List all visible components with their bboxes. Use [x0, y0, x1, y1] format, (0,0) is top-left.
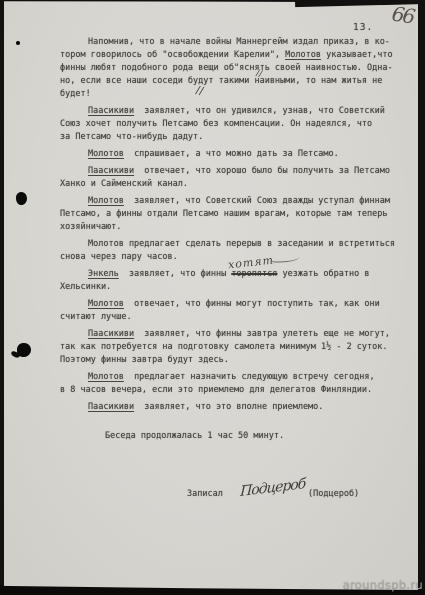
speaker-name: Молотов: [88, 299, 124, 309]
paragraph: Напомнив, что в начале войны Маннергейм …: [60, 36, 410, 101]
text-line: Хельсинки.: [60, 281, 410, 294]
text-segment: Союз хочет получить Петсамо без компенса…: [60, 119, 372, 129]
text-segment: заявляет, что финны завтра улететь еще н…: [134, 329, 390, 339]
scan-edge-right: [418, 0, 425, 595]
speaker-name: Паасикиви: [88, 166, 134, 176]
text-segment: указывает,что: [321, 50, 393, 60]
document-body: Напомнив, что в начале войны Маннергейм …: [60, 36, 410, 443]
text-line: будет!: [60, 88, 410, 101]
paragraph: Паасикиви заявляет, что финны завтра уле…: [60, 328, 410, 367]
text-segment: Хельсинки.: [60, 282, 111, 292]
text-line: Молотов спрашивает, а что можно дать за …: [60, 148, 410, 161]
text-line: Молотов заявляет, что Советский Союз два…: [60, 195, 410, 208]
scan-edge-left: [0, 0, 4, 595]
text-line: Молотов отвечает, что финны могут поступ…: [60, 298, 410, 311]
text-segment: Петсамо, а финны отдали Петсамо нашим вр…: [60, 209, 388, 219]
text-segment: отвечает, что хорошо было бы получить за…: [134, 166, 390, 176]
ink-speck: [16, 41, 20, 45]
text-segment: заявляет, что Советский Союз дважды усту…: [124, 196, 390, 206]
text-line: тором говорилось об "освобождении Карели…: [60, 49, 410, 62]
text-line: Союз хочет получить Петсамо без компенса…: [60, 118, 410, 131]
text-line: считают лучше.: [60, 311, 410, 324]
watermark: aroundspb.ru: [343, 578, 423, 592]
text-line: Напомнив, что в начале войны Маннергейм …: [60, 36, 410, 49]
paragraph: Молотов спрашивает, а что можно дать за …: [60, 148, 410, 161]
signature-typed-name: (Подцероб): [308, 489, 359, 499]
paragraph: Энкель заявляет, что финны торопятся уез…: [60, 268, 410, 294]
text-segment: Молотов предлагает сделать перерыв в зас…: [88, 239, 395, 249]
text-line: за Петсамо что-нибудь дадут.: [60, 131, 410, 144]
handwritten-corner-note: 66: [390, 1, 415, 28]
text-segment: уезжать обратно в: [277, 269, 369, 279]
duration-note: Беседа продолжалась 1 час 50 минут.: [60, 430, 410, 443]
text-segment: считают лучше.: [60, 312, 132, 322]
text-line: хозяйничают.: [60, 221, 410, 234]
paragraph: Паасикиви отвечает, что хорошо было бы п…: [60, 165, 410, 191]
speaker-name: Молотов: [285, 50, 321, 60]
text-line: Молотов предлагает сделать перерыв в зас…: [60, 238, 410, 251]
text-segment: так как потребуется на подготовку самоле…: [60, 342, 388, 352]
text-segment: но, если все наши соседи будут такими на…: [60, 76, 382, 86]
text-line: Ханко и Сайменский канал.: [60, 178, 410, 191]
text-segment: будет!: [60, 89, 91, 99]
speaker-name: Молотов: [88, 149, 124, 159]
text-segment: в 8 часов вечера, если это приемлемо для…: [60, 385, 372, 395]
paragraph: Молотов заявляет, что Советский Союз два…: [60, 195, 410, 234]
text-segment: Поэтому финны завтра будут здесь.: [60, 355, 229, 365]
recorded-by-label: Записал: [187, 489, 223, 499]
text-segment: заявляет, что это вполне приемлемо.: [134, 402, 323, 412]
text-segment: спрашивает, а что можно дать за Петсамо.: [124, 149, 339, 159]
struck-word: торопятся: [231, 269, 277, 279]
text-segment: отвечает, что финны могут поступить так,…: [124, 299, 380, 309]
paragraph: Молотов предлагает назначить следующую в…: [60, 371, 410, 397]
speaker-name: Энкель: [88, 269, 119, 279]
text-segment: за Петсамо что-нибудь дадут.: [60, 132, 203, 142]
text-line: Поэтому финны завтра будут здесь.: [60, 354, 410, 367]
speaker-name: Молотов: [88, 372, 124, 382]
text-line: Паасикиви заявляет, что это вполне прием…: [60, 401, 410, 414]
text-segment: заявляет, что финны: [119, 269, 232, 279]
paragraph: Молотов отвечает, что финны могут поступ…: [60, 298, 410, 324]
speaker-name: Молотов: [88, 196, 124, 206]
text-line: но, если все наши соседи будут такими на…: [60, 75, 410, 88]
text-line: Паасикиви заявляет, что он удивился, узн…: [60, 105, 410, 118]
text-line: финны любят подобного рода вещи об"яснят…: [60, 62, 410, 75]
speaker-name: Паасикиви: [88, 402, 134, 412]
text-line: Паасикиви отвечает, что хорошо было бы п…: [60, 165, 410, 178]
text-segment: заявляет, что он удивился, узнав, что Со…: [134, 106, 385, 116]
scanned-document-page: 66 13. Напомнив, что в начале войны Манн…: [0, 0, 425, 595]
text-segment: Напомнив, что в начале войны Маннергейм …: [88, 37, 390, 47]
text-segment: снова через пару часов.: [60, 252, 178, 262]
text-segment: финны любят подобного рода вещи об"яснят…: [60, 63, 393, 73]
text-segment: тором говорилось об "освобождении Карели…: [60, 50, 285, 60]
text-segment: предлагает назначить следующую встречу с…: [124, 372, 375, 382]
text-segment: хозяйничают.: [60, 222, 121, 232]
speaker-name: Паасикиви: [88, 106, 134, 116]
speaker-name: Паасикиви: [88, 329, 134, 339]
paragraph: Паасикиви заявляет, что это вполне прием…: [60, 401, 410, 414]
page-number: 13.: [353, 22, 373, 33]
paragraph: Паасикиви заявляет, что он удивился, узн…: [60, 105, 410, 144]
text-line: Молотов предлагает назначить следующую в…: [60, 371, 410, 384]
text-line: в 8 часов вечера, если это приемлемо для…: [60, 384, 410, 397]
text-line: так как потребуется на подготовку самоле…: [60, 341, 410, 354]
text-line: Паасикиви заявляет, что финны завтра уле…: [60, 328, 410, 341]
text-segment: Ханко и Сайменский канал.: [60, 179, 188, 189]
text-line: Петсамо, а финны отдали Петсамо нашим вр…: [60, 208, 410, 221]
